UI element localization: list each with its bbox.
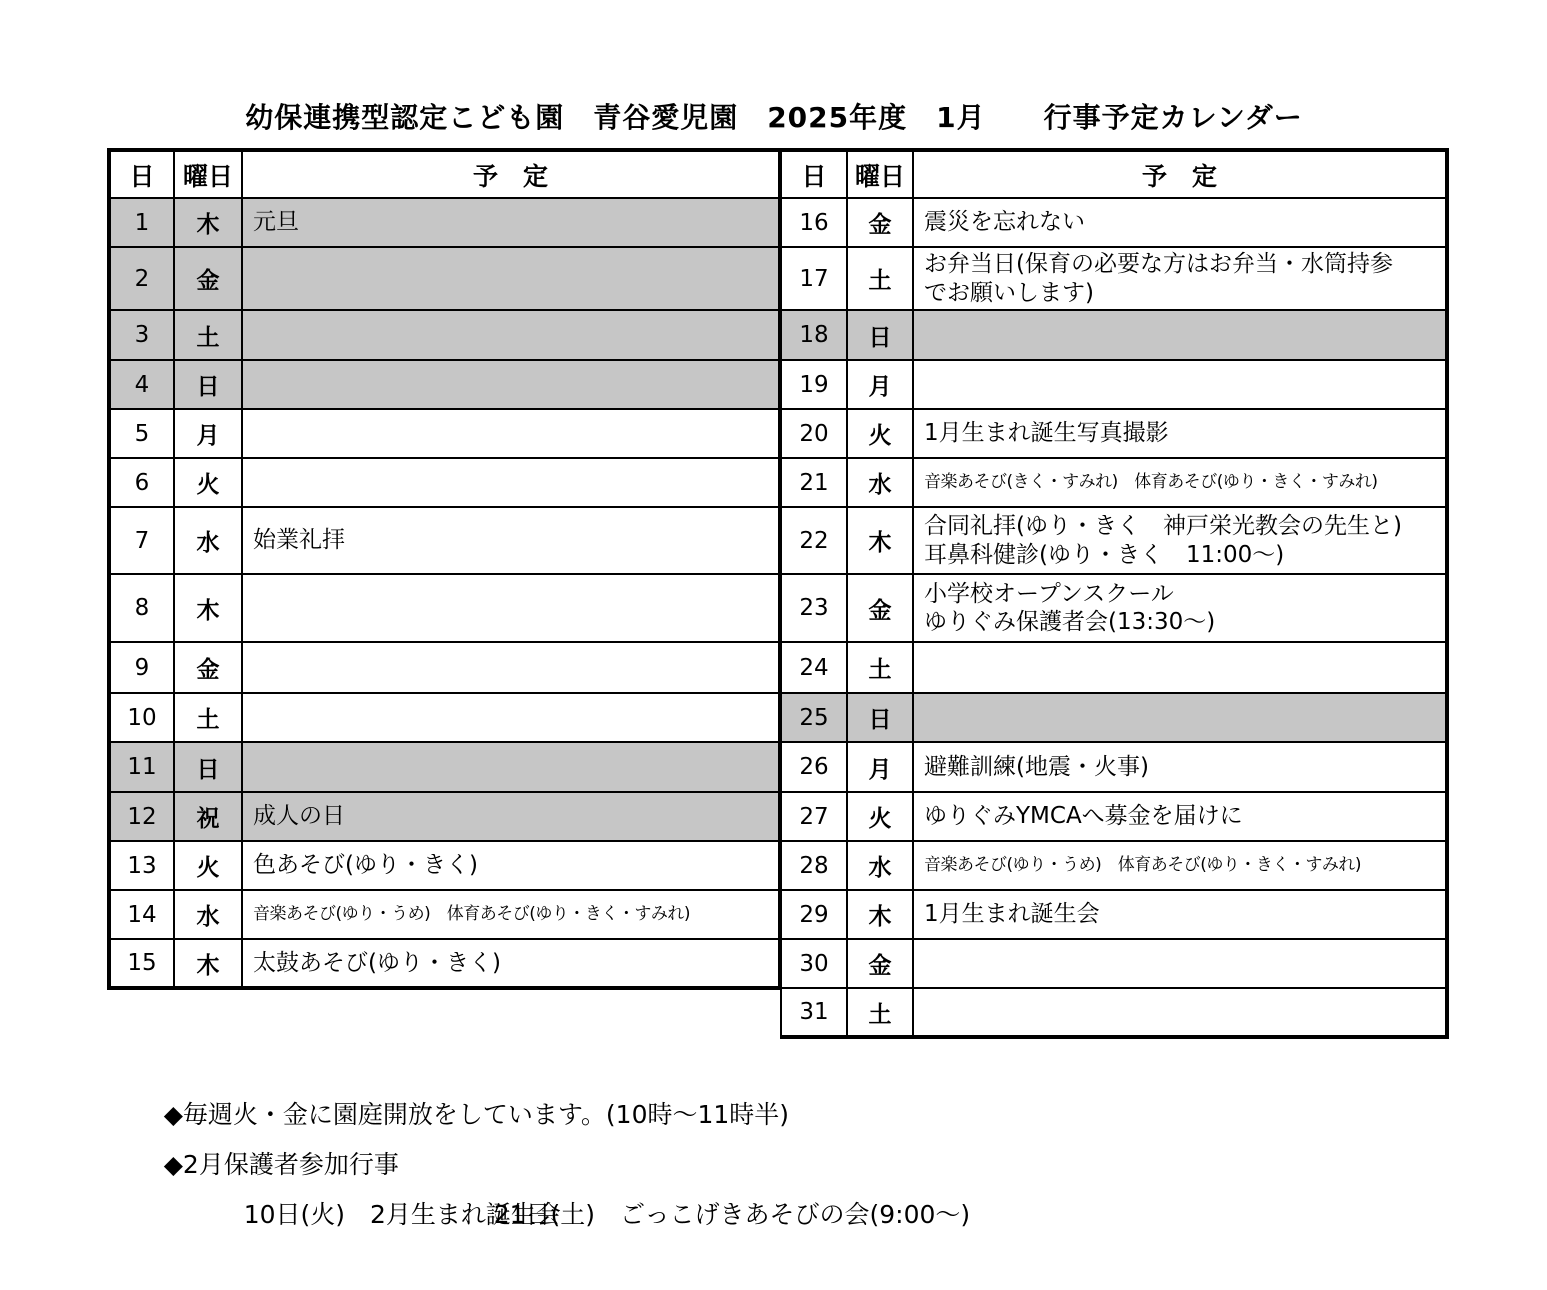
page-title: 幼保連携型認定こども園 青谷愛児園 2025年度 1月 行事予定カレンダー — [107, 96, 1441, 136]
table-row: 30金 — [781, 939, 1447, 988]
weekday-cell: 木 — [847, 507, 913, 574]
schedule-cell — [242, 247, 779, 310]
weekday-cell: 火 — [174, 841, 242, 890]
schedule-line: 小学校オープンスクール — [924, 580, 1435, 608]
schedule-cell: 合同礼拝(ゆり・きく 神戸栄光教会の先生と)耳鼻科健診(ゆり・きく 11:00～… — [913, 507, 1447, 574]
schedule-line: 元旦 — [253, 208, 768, 236]
day-cell: 17 — [781, 247, 847, 310]
day-cell: 13 — [109, 841, 174, 890]
schedule-line: ゆりぐみYMCAへ募金を届けに — [924, 802, 1435, 830]
schedule-cell: 元旦 — [242, 198, 779, 247]
table-row: 6火 — [109, 458, 779, 507]
day-cell: 3 — [109, 310, 174, 360]
schedule-cell: 避難訓練(地震・火事) — [913, 742, 1447, 792]
table-row: 25日 — [781, 693, 1447, 742]
table-row: 26月避難訓練(地震・火事) — [781, 742, 1447, 792]
weekday-cell: 月 — [847, 360, 913, 409]
schedule-line: お弁当日(保育の必要な方はお弁当・水筒持参 — [924, 250, 1435, 278]
day-cell: 28 — [781, 841, 847, 890]
schedule-cell: 1月生まれ誕生会 — [913, 890, 1447, 939]
schedule-cell: ゆりぐみYMCAへ募金を届けに — [913, 792, 1447, 841]
schedule-line: 太鼓あそび(ゆり・きく) — [253, 949, 768, 977]
weekday-cell: 土 — [847, 247, 913, 310]
schedule-line: 色あそび(ゆり・きく) — [253, 851, 768, 879]
schedule-cell: 音楽あそび(ゆり・うめ) 体育あそび(ゆり・きく・すみれ) — [913, 841, 1447, 890]
header-row: 日 曜日 予 定 — [109, 150, 779, 198]
weekday-cell: 月 — [174, 409, 242, 458]
table-row: 2金 — [109, 247, 779, 310]
table-row: 15木太鼓あそび(ゆり・きく) — [109, 939, 779, 988]
schedule-line: 始業礼拝 — [253, 526, 768, 554]
weekday-cell: 日 — [847, 310, 913, 360]
schedule-cell: 太鼓あそび(ゆり・きく) — [242, 939, 779, 988]
weekday-cell: 金 — [174, 247, 242, 310]
schedule-cell: 始業礼拝 — [242, 507, 779, 574]
day-cell: 2 — [109, 247, 174, 310]
table-row: 9金 — [109, 642, 779, 693]
table-row: 12祝成人の日 — [109, 792, 779, 841]
day-cell: 21 — [781, 458, 847, 507]
day-cell: 23 — [781, 574, 847, 642]
weekday-cell: 火 — [174, 458, 242, 507]
schedule-line: 震災を忘れない — [924, 208, 1435, 236]
page: 幼保連携型認定こども園 青谷愛児園 2025年度 1月 行事予定カレンダー 日 … — [0, 0, 1547, 1242]
table-row: 28水音楽あそび(ゆり・うめ) 体育あそび(ゆり・きく・すみれ) — [781, 841, 1447, 890]
schedule-cell — [913, 693, 1447, 742]
table-row: 17土お弁当日(保育の必要な方はお弁当・水筒持参でお願いします) — [781, 247, 1447, 310]
schedule-cell — [913, 360, 1447, 409]
note-garden-open-text: ◆毎週火・金に園庭開放をしています。(10時～11時半) — [164, 1100, 789, 1129]
schedule-line: 耳鼻科健診(ゆり・きく 11:00～) — [924, 541, 1435, 569]
weekday-cell: 木 — [174, 939, 242, 988]
table-row: 3土 — [109, 310, 779, 360]
calendar-table-right: 日 曜日 予 定 16金震災を忘れない17土お弁当日(保育の必要な方はお弁当・水… — [780, 148, 1449, 1039]
day-cell: 19 — [781, 360, 847, 409]
table-row: 10土 — [109, 693, 779, 742]
weekday-cell: 金 — [847, 939, 913, 988]
table-row: 23金小学校オープンスクールゆりぐみ保護者会(13:30～) — [781, 574, 1447, 642]
schedule-cell — [242, 360, 779, 409]
table-row: 19月 — [781, 360, 1447, 409]
day-cell: 1 — [109, 198, 174, 247]
schedule-line: 音楽あそび(ゆり・うめ) 体育あそび(ゆり・きく・すみれ) — [924, 855, 1435, 876]
weekday-cell: 水 — [847, 458, 913, 507]
table-row: 20火1月生まれ誕生写真撮影 — [781, 409, 1447, 458]
table-row: 27火ゆりぐみYMCAへ募金を届けに — [781, 792, 1447, 841]
header-row: 日 曜日 予 定 — [781, 150, 1447, 198]
schedule-cell: 小学校オープンスクールゆりぐみ保護者会(13:30～) — [913, 574, 1447, 642]
weekday-cell: 火 — [847, 792, 913, 841]
schedule-line: 避難訓練(地震・火事) — [924, 753, 1435, 781]
day-cell: 5 — [109, 409, 174, 458]
schedule-cell — [242, 574, 779, 642]
schedule-cell — [242, 642, 779, 693]
table-row: 4日 — [109, 360, 779, 409]
weekday-cell: 日 — [174, 742, 242, 792]
table-row: 7水始業礼拝 — [109, 507, 779, 574]
schedule-cell — [913, 642, 1447, 693]
table-row: 31土 — [781, 988, 1447, 1037]
schedule-line: 1月生まれ誕生会 — [924, 900, 1435, 928]
weekday-cell: 土 — [847, 642, 913, 693]
day-cell: 6 — [109, 458, 174, 507]
table-row: 21水音楽あそび(きく・すみれ) 体育あそび(ゆり・きく・すみれ) — [781, 458, 1447, 507]
table-row: 11日 — [109, 742, 779, 792]
schedule-line: 音楽あそび(きく・すみれ) 体育あそび(ゆり・きく・すみれ) — [924, 472, 1435, 493]
schedule-cell: 音楽あそび(きく・すみれ) 体育あそび(ゆり・きく・すみれ) — [913, 458, 1447, 507]
schedule-cell: 色あそび(ゆり・きく) — [242, 841, 779, 890]
day-cell: 15 — [109, 939, 174, 988]
weekday-cell: 土 — [174, 693, 242, 742]
header-day: 日 — [109, 150, 174, 198]
schedule-cell: 1月生まれ誕生写真撮影 — [913, 409, 1447, 458]
weekday-cell: 火 — [847, 409, 913, 458]
schedule-cell — [242, 409, 779, 458]
schedule-cell: 成人の日 — [242, 792, 779, 841]
header-schedule: 予 定 — [242, 150, 779, 198]
weekday-cell: 日 — [847, 693, 913, 742]
day-cell: 22 — [781, 507, 847, 574]
table-row: 16金震災を忘れない — [781, 198, 1447, 247]
header-weekday: 曜日 — [847, 150, 913, 198]
weekday-cell: 水 — [847, 841, 913, 890]
schedule-line: 合同礼拝(ゆり・きく 神戸栄光教会の先生と) — [924, 512, 1435, 540]
day-cell: 8 — [109, 574, 174, 642]
schedule-cell — [913, 310, 1447, 360]
day-cell: 29 — [781, 890, 847, 939]
schedule-cell — [242, 742, 779, 792]
day-cell: 16 — [781, 198, 847, 247]
notes: ◆毎週火・金に園庭開放をしています。(10時～11時半) ◆2月保護者参加行事 … — [116, 1040, 970, 1190]
day-cell: 18 — [781, 310, 847, 360]
day-cell: 4 — [109, 360, 174, 409]
calendar-table-left: 日 曜日 予 定 1木元旦2金3土4日5月6火7水始業礼拝8木9金10土11日1… — [107, 148, 780, 990]
weekday-cell: 木 — [847, 890, 913, 939]
day-cell: 12 — [109, 792, 174, 841]
table-row: 14水音楽あそび(ゆり・うめ) 体育あそび(ゆり・きく・すみれ) — [109, 890, 779, 939]
schedule-cell: お弁当日(保育の必要な方はお弁当・水筒持参でお願いします) — [913, 247, 1447, 310]
day-cell: 20 — [781, 409, 847, 458]
day-cell: 27 — [781, 792, 847, 841]
day-cell: 7 — [109, 507, 174, 574]
weekday-cell: 祝 — [174, 792, 242, 841]
weekday-cell: 金 — [847, 198, 913, 247]
day-cell: 9 — [109, 642, 174, 693]
weekday-cell: 月 — [847, 742, 913, 792]
schedule-cell: 音楽あそび(ゆり・うめ) 体育あそび(ゆり・きく・すみれ) — [242, 890, 779, 939]
table-row: 8木 — [109, 574, 779, 642]
calendar: 日 曜日 予 定 1木元旦2金3土4日5月6火7水始業礼拝8木9金10土11日1… — [107, 148, 1449, 1039]
table-row: 13火色あそび(ゆり・きく) — [109, 841, 779, 890]
day-cell: 25 — [781, 693, 847, 742]
day-cell: 26 — [781, 742, 847, 792]
day-cell: 24 — [781, 642, 847, 693]
weekday-cell: 水 — [174, 890, 242, 939]
table-row: 29木1月生まれ誕生会 — [781, 890, 1447, 939]
note-garden-open: ◆毎週火・金に園庭開放をしています。(10時～11時半) — [116, 1040, 970, 1090]
weekday-cell: 金 — [847, 574, 913, 642]
day-cell: 14 — [109, 890, 174, 939]
schedule-cell — [242, 458, 779, 507]
schedule-cell — [913, 939, 1447, 988]
schedule-line: ゆりぐみ保護者会(13:30～) — [924, 608, 1435, 636]
weekday-cell: 日 — [174, 360, 242, 409]
weekday-cell: 木 — [174, 574, 242, 642]
weekday-cell: 木 — [174, 198, 242, 247]
table-row: 5月 — [109, 409, 779, 458]
schedule-line: でお願いします) — [924, 279, 1435, 307]
weekday-cell: 土 — [174, 310, 242, 360]
day-cell: 10 — [109, 693, 174, 742]
table-row: 1木元旦 — [109, 198, 779, 247]
schedule-line: 1月生まれ誕生写真撮影 — [924, 419, 1435, 447]
table-row: 22木合同礼拝(ゆり・きく 神戸栄光教会の先生と)耳鼻科健診(ゆり・きく 11:… — [781, 507, 1447, 574]
schedule-cell — [913, 988, 1447, 1037]
table-row: 18日 — [781, 310, 1447, 360]
weekday-cell: 金 — [174, 642, 242, 693]
schedule-cell: 震災を忘れない — [913, 198, 1447, 247]
schedule-cell — [242, 693, 779, 742]
note-february-label: ◆2月保護者参加行事 — [164, 1150, 399, 1179]
note-february-item-2: 21日(土) ごっこげきあそびの会(9:00～) — [494, 1200, 970, 1229]
schedule-cell — [242, 310, 779, 360]
table-row: 24土 — [781, 642, 1447, 693]
schedule-line: 音楽あそび(ゆり・うめ) 体育あそび(ゆり・きく・すみれ) — [253, 904, 768, 925]
day-cell: 31 — [781, 988, 847, 1037]
header-weekday: 曜日 — [174, 150, 242, 198]
day-cell: 11 — [109, 742, 174, 792]
schedule-line: 成人の日 — [253, 802, 768, 830]
header-schedule: 予 定 — [913, 150, 1447, 198]
header-day: 日 — [781, 150, 847, 198]
weekday-cell: 水 — [174, 507, 242, 574]
day-cell: 30 — [781, 939, 847, 988]
weekday-cell: 土 — [847, 988, 913, 1037]
